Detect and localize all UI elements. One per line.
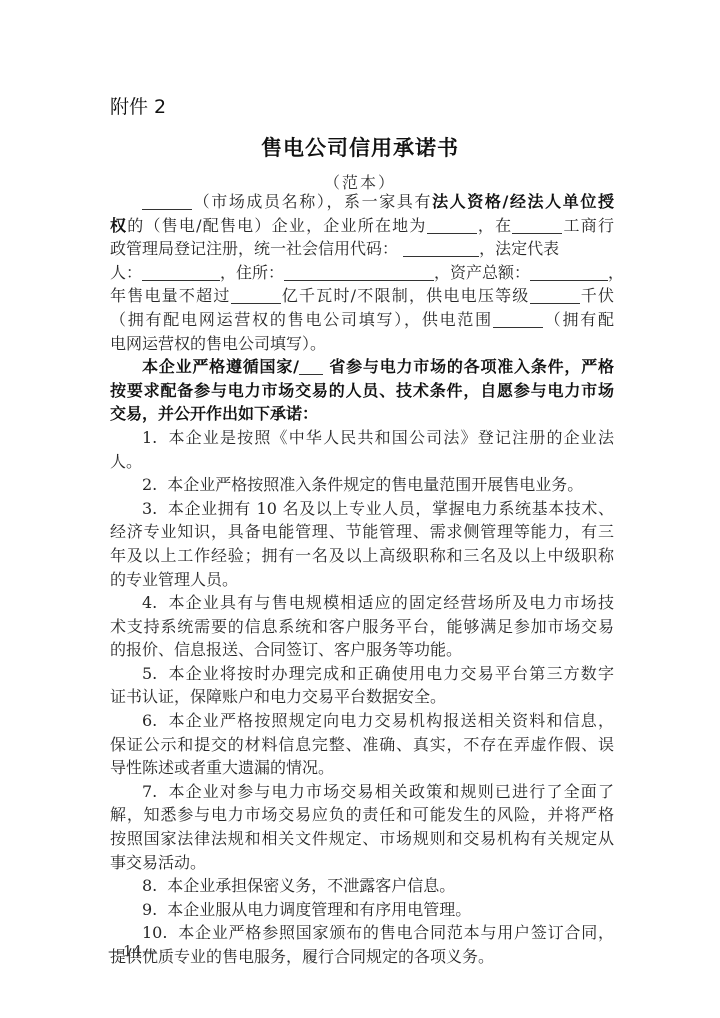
text: 电网运营权的售电公司填写）。 xyxy=(110,334,326,353)
item-text: 年及以上工作经验；拥有一名及以上高级职称和三名及以上中级职称 xyxy=(110,546,614,565)
commitment-item-line: 2.本企业严格按照准入条件规定的售电量范围开展售电业务。 xyxy=(110,473,614,497)
document-page: 附件 2 售电公司信用承诺书 （范本） （市场成员名称），系一家具有法人资格/经… xyxy=(0,0,720,1018)
sales-volume-blank xyxy=(231,287,281,304)
item-number: 3. xyxy=(142,499,157,518)
item-text: 的专业管理人员。 xyxy=(110,570,238,589)
bold-text: 权 xyxy=(110,216,127,235)
commitment-item-line: 按照国家法律法规和相关文件规定、市场规则和交易机构有关规定从 xyxy=(110,827,614,851)
commitment-item-line: 6.本企业严格按照规定向电力交易机构报送相关资料和信息， xyxy=(110,709,614,733)
assets-blank xyxy=(530,264,608,281)
text: 千伏 xyxy=(580,286,614,305)
text: 亿千瓦时/不限制，供电电压等级 xyxy=(281,286,530,305)
text: ， xyxy=(608,263,624,282)
item-number: 2. xyxy=(142,475,157,494)
commitment-item-line: 7.本企业对参与电力市场交易相关政策和规则已进行了全面了 xyxy=(110,780,614,804)
item-text: 本企业将按时办理完成和正确使用电力交易平台第三方数字 xyxy=(167,664,614,683)
intro-line: 政管理局登记注册，统一社会信用代码： ，法定代表 xyxy=(110,237,614,261)
item-text: 解，知悉参与电力市场交易应负的责任和可能发生的风险，并将严格 xyxy=(110,805,614,824)
text: （市场成员名称），系一家具有 xyxy=(192,192,432,211)
voltage-blank xyxy=(530,287,580,304)
text: 的（售电/配售电）企业，企业所在地为 xyxy=(127,216,426,235)
text: ，法定代表 xyxy=(479,239,559,258)
commitment-intro-line: 交易，并公开作出如下承诺： xyxy=(110,402,614,426)
intro-line: 人：，住所：，资产总额：， xyxy=(110,261,614,285)
item-text: 本企业承担保密义务，不泄露客户信息。 xyxy=(167,876,455,895)
item-text: 人。 xyxy=(110,452,142,471)
intro-line: （市场成员名称），系一家具有法人资格/经法人单位授 xyxy=(110,190,614,214)
commitment-item-line: 4.本企业具有与售电规模相适应的固定经营场所及电力市场技 xyxy=(110,591,614,615)
intro-line: 电网运营权的售电公司填写）。 xyxy=(110,332,614,356)
item-text: 提供优质专业的售电服务，履行合同规定的各项义务。 xyxy=(110,947,494,966)
item-number: 6. xyxy=(142,711,157,730)
commitment-item-line: 术支持系统需要的信息系统和客户服务平台，能够满足参加市场交易 xyxy=(110,615,614,639)
item-number: 1. xyxy=(142,428,157,447)
credit-code-blank xyxy=(403,240,479,257)
item-text: 导性陈述或者重大遗漏的情况。 xyxy=(110,758,334,777)
intro-line: 年售电量不超过亿千瓦时/不限制，供电电压等级千伏 xyxy=(110,284,614,308)
item-text: 术支持系统需要的信息系统和客户服务平台，能够满足参加市场交易 xyxy=(110,617,614,636)
item-text: 按照国家法律法规和相关文件规定、市场规则和交易机构有关规定从 xyxy=(110,829,614,848)
commitment-item-line: 5.本企业将按时办理完成和正确使用电力交易平台第三方数字 xyxy=(110,662,614,686)
item-text: 经济专业知识，具备电能管理、节能管理、需求侧管理等能力，有三 xyxy=(110,522,614,541)
address-blank xyxy=(284,264,434,281)
commitment-list: 1.本企业是按照《中华人民共和国公司法》登记注册的企业法人。2.本企业严格按照准… xyxy=(110,426,614,969)
item-text: 本企业是按照《中华人民共和国公司法》登记注册的企业法 xyxy=(167,428,614,447)
commitment-intro-line: 本企业严格遵循国家/ 省参与电力市场的各项准入条件，严格 xyxy=(110,355,614,379)
commitment-item-line: 提供优质专业的售电服务，履行合同规定的各项义务。 xyxy=(110,945,614,969)
document-body: （市场成员名称），系一家具有法人资格/经法人单位授 权的（售电/配售电）企业，企… xyxy=(110,190,614,969)
province-blank xyxy=(299,358,323,375)
item-text: 证书认证，保障账户和电力交易平台数据安全。 xyxy=(110,687,446,706)
attachment-label: 附件 2 xyxy=(110,92,166,119)
commitment-item-line: 8.本企业承担保密义务，不泄露客户信息。 xyxy=(110,874,614,898)
commitment-item-line: 3.本企业拥有 10 名及以上专业人员，掌握电力系统基本技术、 xyxy=(110,497,614,521)
supply-range-blank xyxy=(493,311,543,328)
item-text: 本企业严格参照国家颁布的售电合同范本与用户签订合同， xyxy=(177,923,614,942)
item-text: 本企业服从电力调度管理和有序用电管理。 xyxy=(167,900,471,919)
commitment-item-line: 年及以上工作经验；拥有一名及以上高级职称和三名及以上中级职称 xyxy=(110,544,614,568)
commitment-item-line: 的专业管理人员。 xyxy=(110,568,614,592)
text: 工商行 xyxy=(562,216,614,235)
bold-text: 本企业严格遵循国家/ xyxy=(142,357,299,376)
item-text: 保证公示和提交的材料信息完整、准确、真实，不存在弄虚作假、误 xyxy=(110,735,614,754)
item-number: 7. xyxy=(142,782,157,801)
item-number: 8. xyxy=(142,876,157,895)
commitment-item-line: 证书认证，保障账户和电力交易平台数据安全。 xyxy=(110,685,614,709)
text: 政管理局登记注册，统一社会信用代码： xyxy=(110,239,398,258)
item-text: 事交易活动。 xyxy=(110,853,206,872)
item-number: 5. xyxy=(142,664,157,683)
text: （拥有配电网运营权的售电公司填写），供电范围 xyxy=(110,310,493,329)
commitment-intro-line: 按要求配备参与电力市场交易的人员、技术条件，自愿参与电力市场 xyxy=(110,379,614,403)
commitment-item-line: 的报价、信息报送、合同签订、客户服务等功能。 xyxy=(110,638,614,662)
bold-text: 法人资格/经法人单位授 xyxy=(432,192,614,211)
commitment-item-line: 保证公示和提交的材料信息完整、准确、真实，不存在弄虚作假、误 xyxy=(110,733,614,757)
item-number: 4. xyxy=(142,593,157,612)
commitment-item-line: 事交易活动。 xyxy=(110,851,614,875)
commitment-item-line: 10.本企业严格参照国家颁布的售电合同范本与用户签订合同， xyxy=(110,921,614,945)
commitment-item-line: 9.本企业服从电力调度管理和有序用电管理。 xyxy=(110,898,614,922)
text: （拥有配 xyxy=(543,310,614,329)
item-text: 本企业对参与电力市场交易相关政策和规则已进行了全面了 xyxy=(167,782,614,801)
item-text: 本企业具有与售电规模相适应的固定经营场所及电力市场技 xyxy=(167,593,614,612)
item-text: 的报价、信息报送、合同签订、客户服务等功能。 xyxy=(110,640,462,659)
commitment-item-line: 经济专业知识，具备电能管理、节能管理、需求侧管理等能力，有三 xyxy=(110,520,614,544)
registry-blank xyxy=(512,217,562,234)
item-number: 10. xyxy=(142,923,167,942)
document-title: 售电公司信用承诺书 xyxy=(0,132,720,162)
commitment-item-line: 解，知悉参与电力市场交易应负的责任和可能发生的风险，并将严格 xyxy=(110,803,614,827)
text: 人： xyxy=(110,263,142,282)
intro-line: 权的（售电/配售电）企业，企业所在地为，在工商行 xyxy=(110,214,614,238)
location-blank xyxy=(427,217,477,234)
bold-text: 省参与电力市场的各项准入条件，严格 xyxy=(329,357,614,376)
page-number: —14— xyxy=(108,942,157,960)
text: ，资产总额： xyxy=(434,263,530,282)
commitment-item-line: 1.本企业是按照《中华人民共和国公司法》登记注册的企业法 xyxy=(110,426,614,450)
item-text: 本企业严格按照准入条件规定的售电量范围开展售电业务。 xyxy=(167,475,583,494)
intro-line: （拥有配电网运营权的售电公司填写），供电范围（拥有配 xyxy=(110,308,614,332)
text: 年售电量不超过 xyxy=(110,286,231,305)
representative-blank xyxy=(142,264,220,281)
item-text: 本企业拥有 10 名及以上专业人员，掌握电力系统基本技术、 xyxy=(167,499,614,518)
text: ，住所： xyxy=(220,263,284,282)
text: ，在 xyxy=(477,216,513,235)
commitment-item-line: 人。 xyxy=(110,450,614,474)
commitment-item-line: 导性陈述或者重大遗漏的情况。 xyxy=(110,756,614,780)
item-number: 9. xyxy=(142,900,157,919)
item-text: 本企业严格按照规定向电力交易机构报送相关资料和信息， xyxy=(167,711,614,730)
member-name-blank xyxy=(142,193,192,210)
